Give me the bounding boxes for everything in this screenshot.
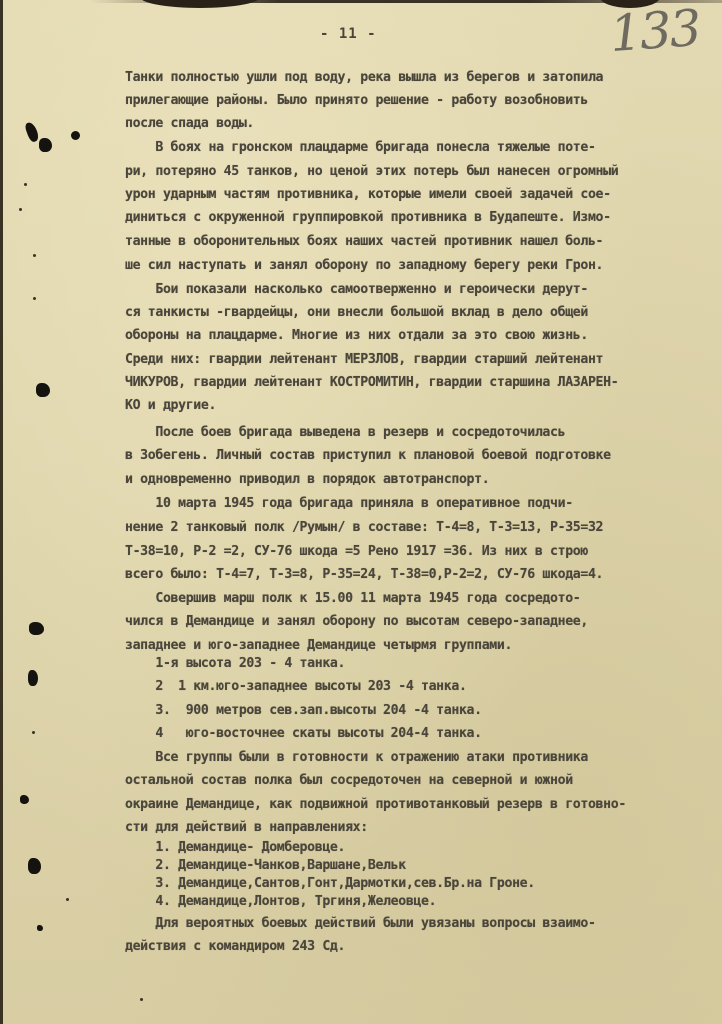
typed-line: ся танкисты -гвардейцы, они внесли больш… — [125, 305, 588, 320]
punch-hole — [28, 858, 41, 874]
typed-line: западнее и юго-западнее Демандице четырм… — [125, 638, 512, 653]
typed-line: действия с командиром 243 Сд. — [125, 939, 345, 954]
document-page: - 11 - 133 Танки полностью ушли под воду… — [0, 0, 722, 1024]
typed-line: Совершив марш полк к 15.00 11 марта 1945… — [125, 591, 580, 606]
speck — [33, 254, 36, 257]
typed-line: ЧИКУРОВ, гвардии лейтенант КОСТРОМИТИН, … — [125, 375, 618, 390]
punch-hole — [28, 670, 38, 686]
typed-line: 10 марта 1945 года бригада приняла в опе… — [125, 496, 573, 511]
speck — [24, 183, 27, 186]
typed-line: и одновременно приводил в порядок автотр… — [125, 472, 489, 487]
typed-line: чился в Демандице и занял оборону по выс… — [125, 614, 588, 629]
typed-line: Т-38=10, Р-2 =2, СУ-76 шкода =5 Рено 191… — [125, 544, 588, 559]
typed-line: прилегающие районы. Было принято решение… — [125, 93, 588, 108]
typed-line: сти для действий в направлениях: — [125, 820, 368, 835]
typed-line: 2 1 км.юго-западнее высоты 203 -4 танка. — [125, 679, 467, 694]
typed-line: КО и другие. — [125, 398, 216, 413]
typed-line: нение 2 танковый полк /Румын/ в составе:… — [125, 520, 603, 535]
typed-line: 1. Демандице- Домберовце. — [125, 840, 345, 855]
punch-hole — [39, 138, 52, 152]
typed-line: обороны на плацдарме. Многие из них отда… — [125, 328, 588, 343]
typed-line: 2. Демандице-Чанков,Варшане,Вельк — [125, 858, 406, 873]
punch-hole — [36, 383, 50, 397]
speck — [140, 998, 143, 1001]
punch-hole — [24, 121, 40, 143]
speck — [19, 208, 22, 211]
page-number: - 11 - — [320, 26, 377, 42]
speck — [33, 297, 36, 300]
archive-sheet-number: 133 — [608, 0, 701, 63]
punch-hole — [29, 622, 44, 635]
speck — [32, 731, 35, 734]
typed-line: 3. Демандице,Сантов,Гонт,Дармотки,сев.Бр… — [125, 876, 535, 891]
typed-line: В боях на гронском плацдарме бригада пон… — [125, 140, 596, 155]
typed-line: Все группы были в готовности к отражению… — [125, 750, 588, 765]
typed-line: 4. Демандице,Лонтов, Тргиня,Желеовце. — [125, 894, 436, 909]
punch-hole — [37, 925, 43, 931]
typed-line: ше сил наступать и занял оборону по запа… — [125, 258, 603, 273]
typed-line: 3. 900 метров сев.зап.высоты 204 -4 танк… — [125, 703, 482, 718]
top-shadow-blot — [140, 0, 260, 8]
punch-hole — [20, 795, 29, 804]
typed-line: Танки полностью ушли под воду, река вышл… — [125, 70, 603, 85]
typed-line: окраине Демандице, как подвижной противо… — [125, 797, 626, 812]
typed-line: диниться с окруженной группировкой проти… — [125, 210, 611, 225]
typed-line: всего было: Т-4=7, Т-3=8, Р-35=24, Т-38=… — [125, 567, 603, 582]
typed-line: 4 юго-восточнее скаты высоты 204-4 танка… — [125, 726, 482, 741]
punch-hole — [71, 131, 80, 140]
typed-line: ри, потеряно 45 танков, но ценой этих по… — [125, 164, 618, 179]
typed-line: после спада воды. — [125, 116, 254, 131]
typed-line: остальной состав полка был сосредоточен … — [125, 773, 573, 788]
typed-line: Для вероятных боевых действий были увяза… — [125, 916, 596, 931]
typed-line: в Зобегень. Личный состав приступил к пл… — [125, 448, 611, 463]
typed-line: Среди них: гвардии лейтенант МЕРЗЛОВ, гв… — [125, 352, 603, 367]
speck — [66, 898, 69, 901]
typed-line: Бои показали насколько самоотверженно и … — [125, 282, 588, 297]
typed-line: После боев бригада выведена в резерв и с… — [125, 425, 565, 440]
typed-line: 1-я высота 203 - 4 танка. — [125, 656, 345, 671]
page-binding-edge — [0, 0, 3, 1024]
typed-line: урон ударным частям противника, которые … — [125, 187, 611, 202]
typed-line: танные в оборонительных боях наших часте… — [125, 234, 603, 249]
